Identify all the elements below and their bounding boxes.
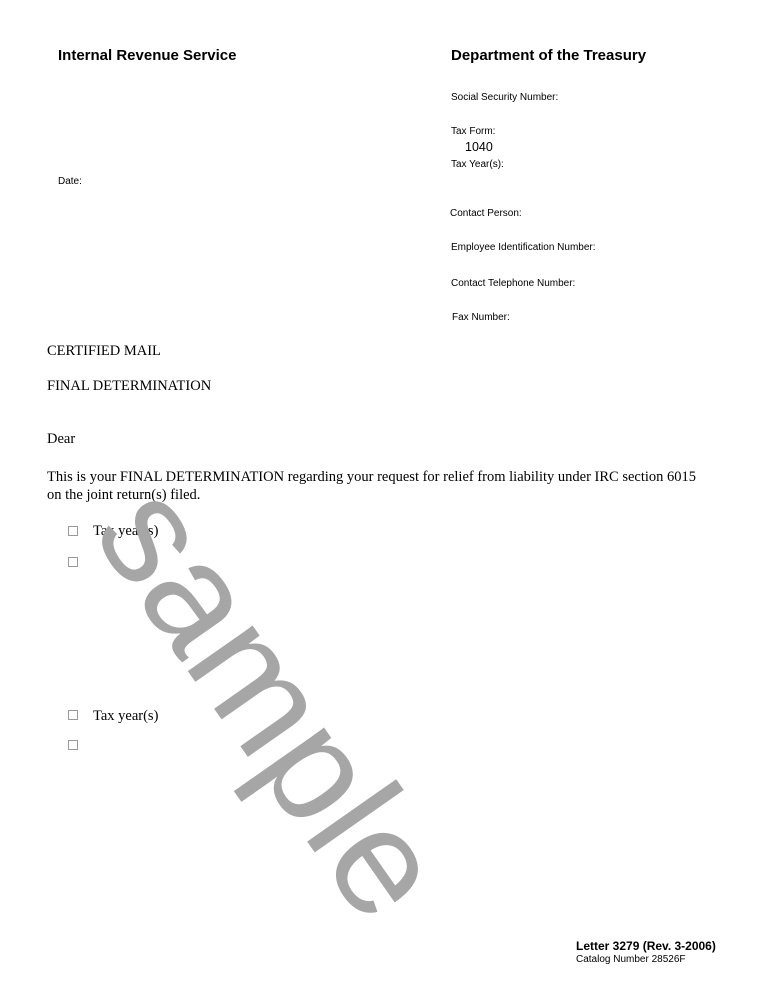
paragraph-line-2: on the joint return(s) filed.	[47, 487, 200, 504]
catalog-number: Catalog Number 28526F	[576, 954, 686, 965]
phone-label: Contact Telephone Number:	[451, 278, 575, 289]
checkbox-2[interactable]	[68, 557, 78, 567]
certified-mail-heading: CERTIFIED MAIL	[47, 343, 161, 360]
contact-person-label: Contact Person:	[450, 208, 522, 219]
checkbox-label-1: Tax year(s)	[93, 523, 158, 540]
ein-label: Employee Identification Number:	[451, 242, 596, 253]
salutation: Dear	[47, 431, 75, 448]
fax-label: Fax Number:	[452, 312, 510, 323]
tax-years-label: Tax Year(s):	[451, 159, 504, 170]
ssn-label: Social Security Number:	[451, 92, 558, 103]
letter-id: Letter 3279 (Rev. 3-2006)	[576, 939, 716, 953]
checkbox-label-3: Tax year(s)	[93, 708, 158, 725]
tax-form-value: 1040	[465, 140, 493, 154]
tax-year-checkbox-1[interactable]	[68, 526, 78, 536]
checkbox-4[interactable]	[68, 740, 78, 750]
final-determination-heading: FINAL DETERMINATION	[47, 378, 211, 395]
agency-name: Internal Revenue Service	[58, 47, 236, 64]
department-name: Department of the Treasury	[451, 47, 646, 64]
date-label: Date:	[58, 176, 82, 187]
tax-year-checkbox-3[interactable]	[68, 710, 78, 720]
tax-form-label: Tax Form:	[451, 126, 495, 137]
paragraph-line-1: This is your FINAL DETERMINATION regardi…	[47, 469, 696, 486]
